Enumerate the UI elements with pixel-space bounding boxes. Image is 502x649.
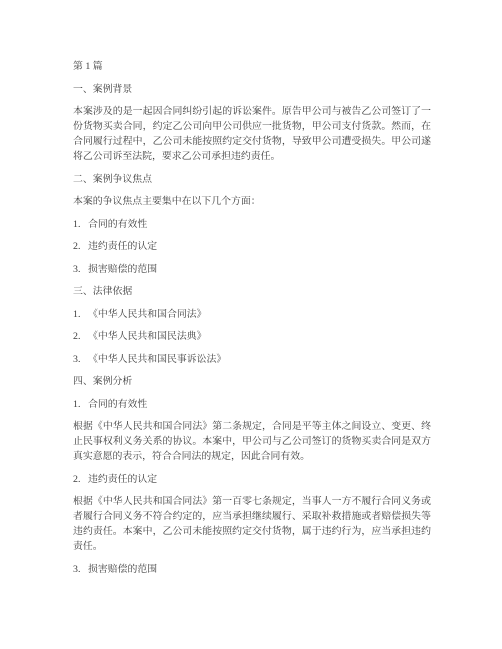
list-item-number: 1.	[73, 397, 88, 412]
list-item-number: 1.	[73, 307, 88, 322]
document-heading: 二、案例争议焦点	[73, 172, 431, 187]
document-title: 第 1 篇	[73, 59, 431, 74]
document-page: 第 1 篇一、案例背景本案涉及的是一起因合同纠纷引起的诉讼案件。原告甲公司与被告…	[73, 59, 431, 584]
list-item-text: 损害赔偿的范围	[88, 562, 431, 577]
list-item-text: 《中华人民共和国合同法》	[88, 307, 431, 322]
list-item-text: 违约责任的认定	[88, 472, 431, 487]
list-item-number: 2.	[73, 329, 88, 344]
document-list-item: 1.合同的有效性	[73, 397, 431, 412]
list-item-text: 违约责任的认定	[88, 239, 431, 254]
document-list-item: 2.《中华人民共和国民法典》	[73, 329, 431, 344]
document-paragraph: 根据《中华人民共和国合同法》第一百零七条规定，当事人一方不履行合同义务或者履行合…	[73, 494, 431, 554]
document-list-item: 3.《中华人民共和国民事诉讼法》	[73, 352, 431, 367]
document-list-item: 3.损害赔偿的范围	[73, 562, 431, 577]
list-item-text: 《中华人民共和国民法典》	[88, 329, 431, 344]
list-item-number: 2.	[73, 239, 88, 254]
document-list-item: 2.违约责任的认定	[73, 239, 431, 254]
document-paragraph: 根据《中华人民共和国合同法》第二条规定，合同是平等主体之间设立、变更、终止民事权…	[73, 419, 431, 464]
list-item-number: 1.	[73, 217, 88, 232]
list-item-number: 3.	[73, 262, 88, 277]
list-item-number: 2.	[73, 472, 88, 487]
document-list-item: 2.违约责任的认定	[73, 472, 431, 487]
document-heading: 四、案例分析	[73, 374, 431, 389]
list-item-number: 3.	[73, 562, 88, 577]
document-paragraph: 本案涉及的是一起因合同纠纷引起的诉讼案件。原告甲公司与被告乙公司签订了一份货物买…	[73, 104, 431, 164]
document-list-item: 1.合同的有效性	[73, 217, 431, 232]
list-item-text: 合同的有效性	[88, 397, 431, 412]
document-heading: 三、法律依据	[73, 284, 431, 299]
list-item-number: 3.	[73, 352, 88, 367]
document-heading: 一、案例背景	[73, 82, 431, 97]
list-item-text: 损害赔偿的范围	[88, 262, 431, 277]
document-list-item: 3.损害赔偿的范围	[73, 262, 431, 277]
list-item-text: 《中华人民共和国民事诉讼法》	[88, 352, 431, 367]
document-paragraph: 本案的争议焦点主要集中在以下几个方面：	[73, 194, 431, 209]
list-item-text: 合同的有效性	[88, 217, 431, 232]
document-list-item: 1.《中华人民共和国合同法》	[73, 307, 431, 322]
